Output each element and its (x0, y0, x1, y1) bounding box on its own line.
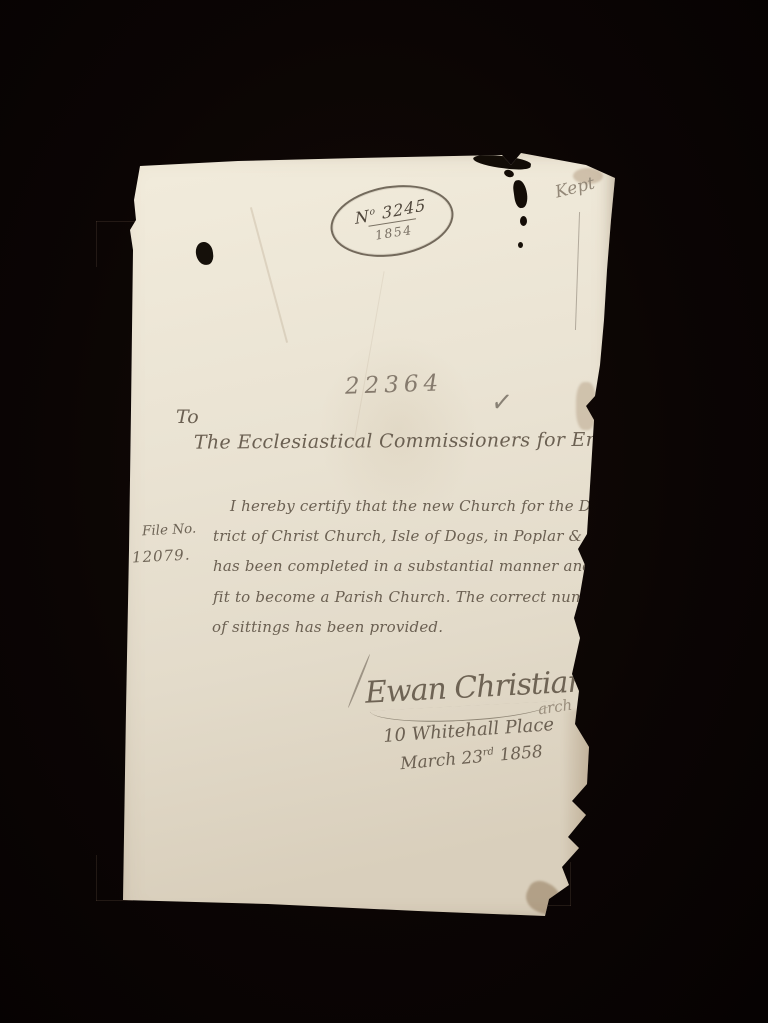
kept-pencil-note: Kept (553, 173, 597, 202)
ink-spot (503, 169, 515, 179)
body-line: has been completed in a substantial mann… (213, 557, 592, 575)
stamp-no-superscript: o (369, 207, 376, 218)
crop-mark-bottom-left-horizontal (96, 900, 133, 901)
date-day: March 23 (399, 747, 484, 774)
date-year: 1858 (493, 742, 543, 766)
document-paper: No 3245 1854 Kept 22364 ✓ File No. 12079… (118, 150, 618, 925)
body-line: trict of Christ Church, Isle of Dogs, in… (213, 527, 587, 545)
photo-background: { "scene": { "description": "Archival ph… (0, 0, 768, 1023)
stamp-year: 1854 (374, 222, 414, 243)
pencil-stroke (575, 212, 580, 330)
torn-edge-stain (576, 382, 596, 430)
file-number-label: File No. (142, 521, 197, 540)
registry-number-pencil: 22364 (345, 370, 444, 399)
ink-blot-hole (195, 241, 214, 266)
crop-mark-bottom-left-vertical (96, 855, 97, 901)
salutation: To (176, 406, 199, 428)
date-line: March 23rd 1858 (399, 742, 543, 774)
check-icon: ✓ (489, 385, 514, 420)
torn-edge-stain (562, 710, 596, 910)
ink-spot (520, 216, 527, 226)
crop-mark-bottom-right-vertical (570, 862, 571, 906)
addressee-line: The Ecclesiastical Commissioners for Eng… (194, 428, 660, 453)
ink-spot (518, 242, 523, 248)
paper-crease (250, 207, 288, 343)
body-line: of sittings has been provided. (212, 618, 443, 636)
file-number-value: 12079. (132, 545, 191, 566)
body-line: I hereby certify that the new Church for… (230, 497, 609, 515)
ink-stain-drip (512, 179, 529, 209)
crop-mark-top-left-vertical (96, 221, 97, 267)
crop-mark-bottom-right-horizontal (548, 905, 571, 906)
ink-stain-top-edge (472, 152, 531, 172)
body-line: fit to become a Parish Church. The corre… (213, 588, 604, 606)
paper-crease (352, 271, 384, 448)
oval-registry-stamp: No 3245 1854 (325, 177, 458, 266)
crop-mark-top-left-horizontal (96, 221, 140, 222)
torn-edge-stain (521, 877, 566, 919)
